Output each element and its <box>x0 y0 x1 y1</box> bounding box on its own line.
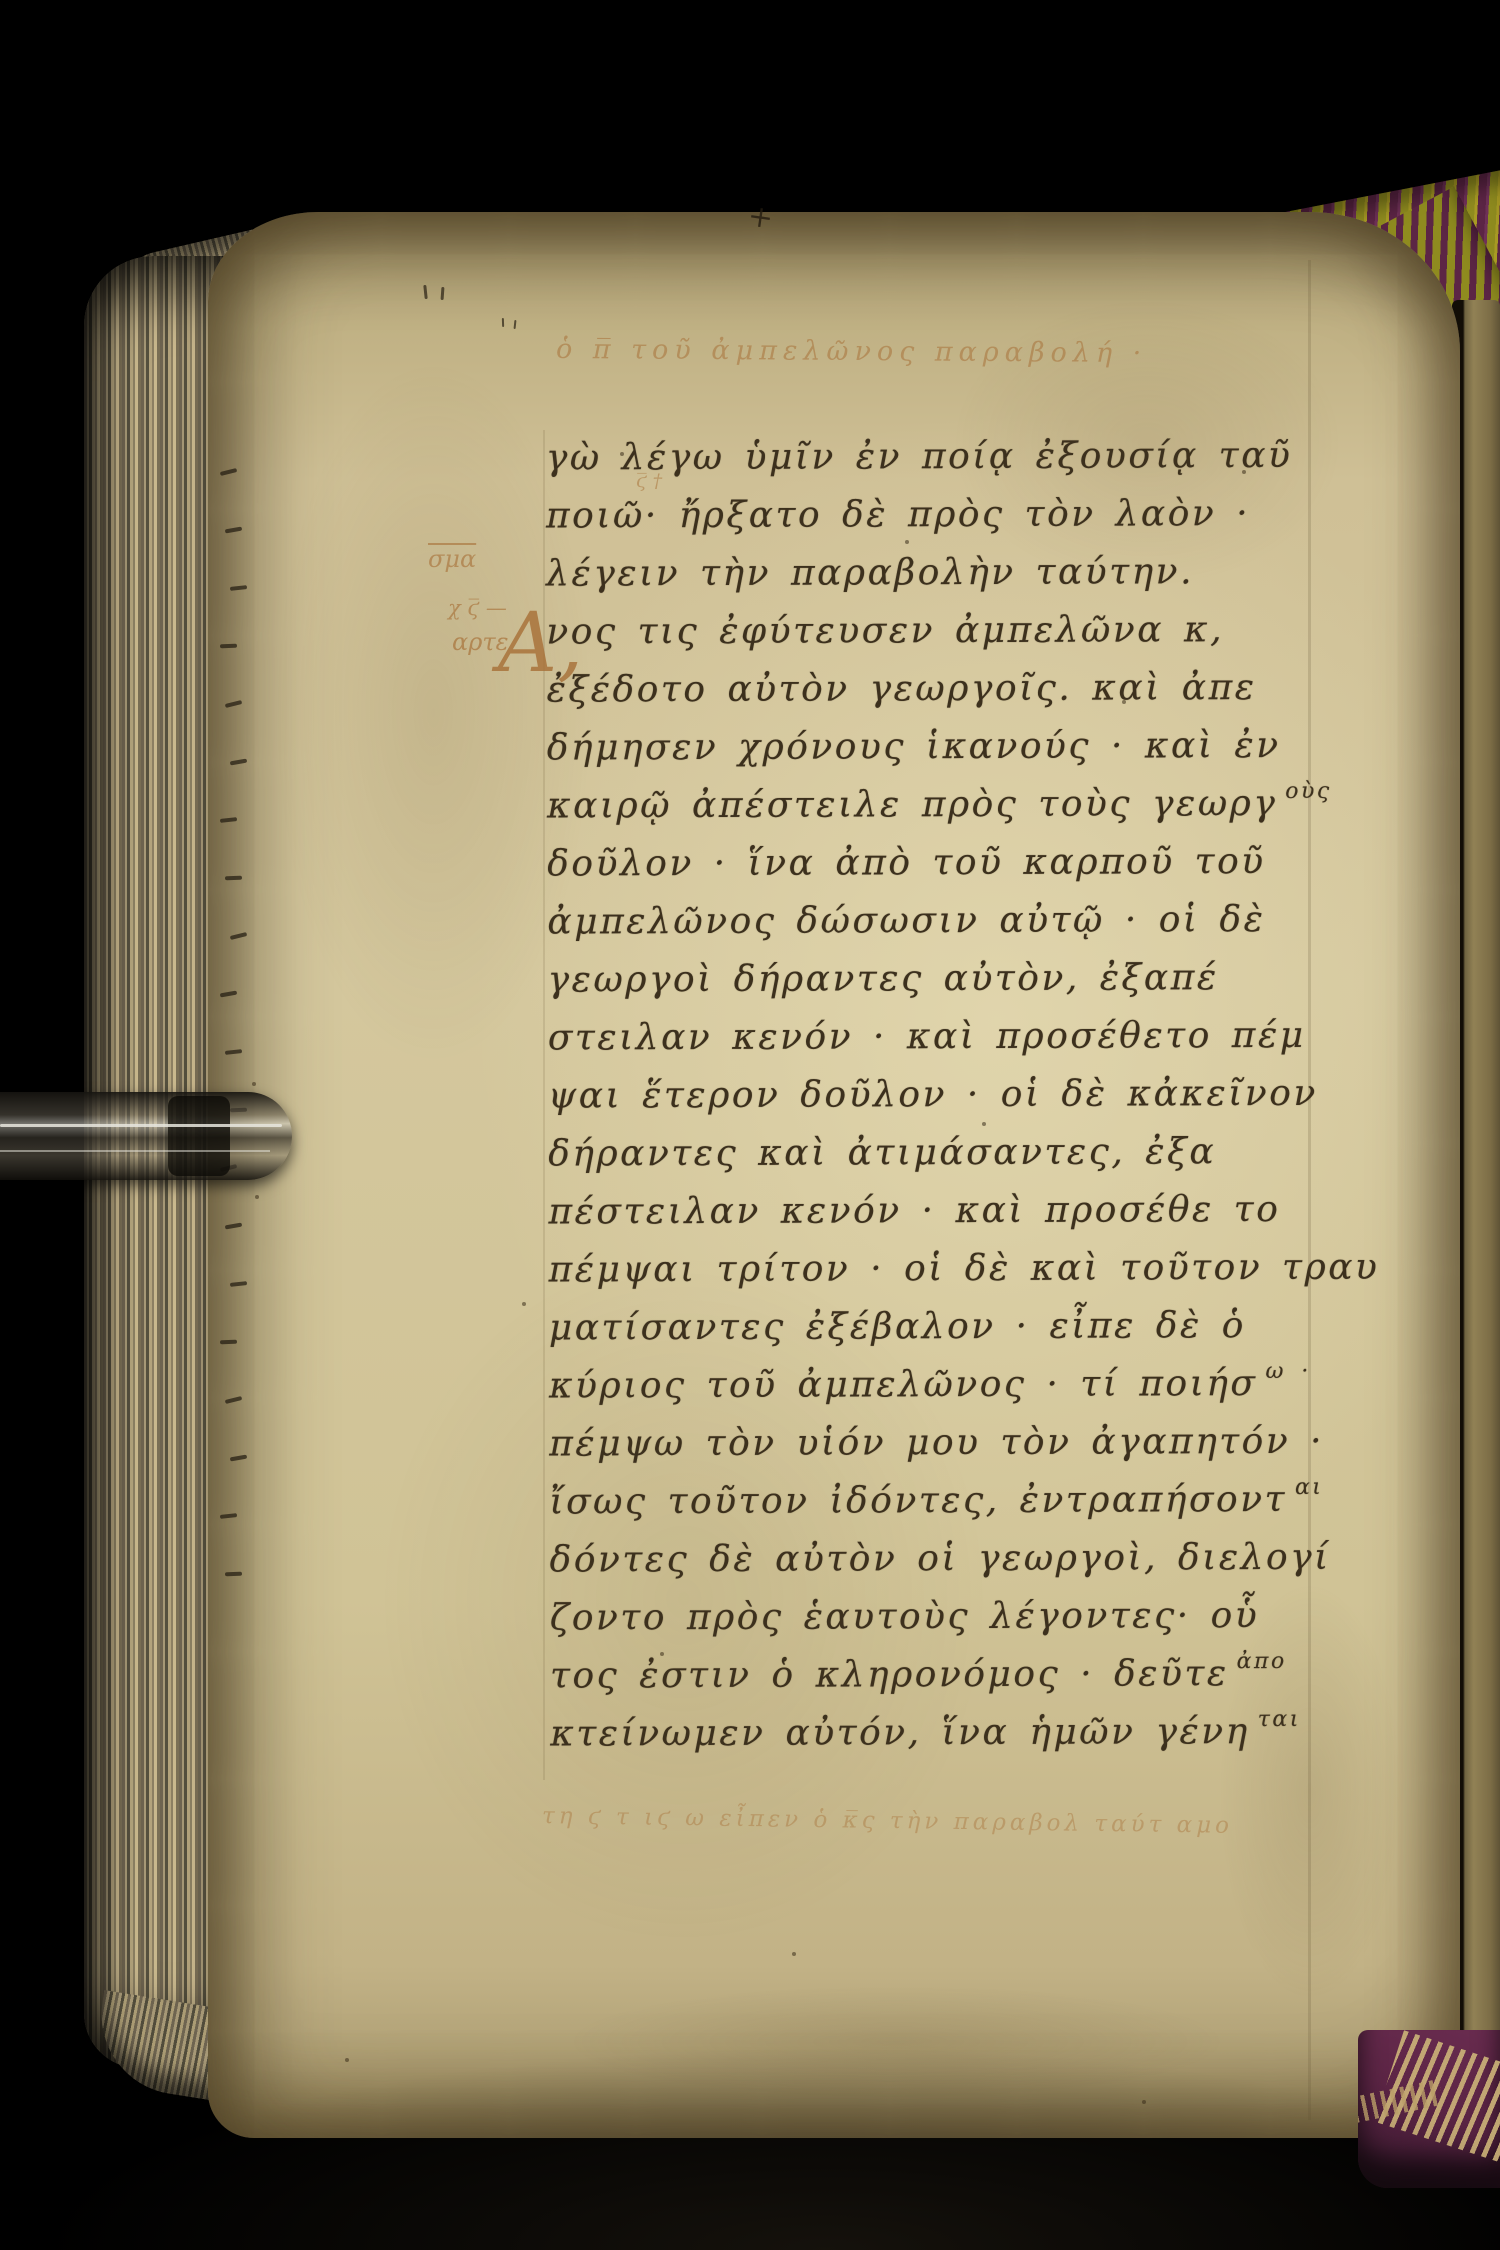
superscript-letters: οὺς <box>1285 779 1332 804</box>
text-line: δήμησεν χρόνους ἱκανούς · καὶ ἐν <box>547 716 1437 777</box>
text-line: ἴσως τοῦτον ἰδόντες, ἐντραπήσονται <box>549 1470 1439 1531</box>
text-line: ποιῶ· ἤρξατο δὲ πρὸς τὸν λαὸν · <box>546 484 1436 545</box>
text-line: τος ἐστιν ὁ κληρονόμος · δεῦτεἀπο <box>550 1644 1440 1705</box>
text-line: ζοντο πρὸς ἑαυτοὺς λέγοντες· οὗ <box>550 1586 1440 1647</box>
text-line: δήραντες καὶ ἀτιμάσαντες, ἐξα <box>548 1122 1438 1183</box>
speck <box>252 1082 256 1086</box>
speck <box>1122 700 1126 704</box>
speck <box>982 1122 986 1126</box>
page-holder-rod <box>0 1092 292 1180</box>
speck <box>255 1195 259 1199</box>
stray-mark <box>502 318 504 327</box>
page-holder-rod-highlight-2 <box>0 1150 270 1152</box>
speck <box>660 1652 664 1656</box>
text-line: ἐξέδοτο αὐτὸν γεωργοῖς. καὶ ἀπε <box>546 658 1436 719</box>
pricking-mark <box>225 1572 242 1577</box>
text-line: καιρῷ ἀπέστειλε πρὸς τοὺς γεωργοὺς <box>547 774 1437 835</box>
page-holder-rod-highlight <box>0 1124 282 1127</box>
margin-note-section-number: σμα <box>428 545 476 573</box>
speck <box>905 540 909 544</box>
text-line: κτείνωμεν αὐτόν, ἵνα ἡμῶν γένηται <box>550 1702 1440 1763</box>
main-text-block: γὼ λέγω ὑμῖν ἐν ποίᾳ ἐξουσίᾳ ταῦποιῶ· ἤρ… <box>546 426 1441 1763</box>
pricking-mark <box>220 1340 237 1345</box>
text-line: πέμψω τὸν υἱόν μου τὸν ἀγαπητόν · <box>549 1412 1439 1473</box>
pricking-mark <box>225 876 242 881</box>
text-line: γεωργοὶ δήραντες αὐτὸν, ἐξαπέ <box>547 948 1437 1009</box>
speck <box>522 1302 526 1306</box>
text-line: νος τις ἐφύτευσεν ἀμπελῶνα κ, <box>546 600 1436 661</box>
pricking-mark <box>220 644 237 649</box>
text-line: στειλαν κενόν · καὶ προσέθετο πέμ <box>548 1006 1438 1067</box>
text-line: ψαι ἕτερον δοῦλον · οἱ δὲ κἀκεῖνον <box>548 1064 1438 1125</box>
photo-backdrop: + ὁ π̅ τοῦ ἀμπελῶνος παραβολή · σμα χ ϛ̅… <box>0 0 1500 2250</box>
text-line: ἀμπελῶνος δώσωσιν αὐτῷ · οἱ δὲ <box>547 890 1437 951</box>
speck <box>620 452 624 456</box>
text-line: πέμψαι τρίτον · οἱ δὲ καὶ τοῦτον τραυ <box>549 1238 1439 1299</box>
text-line: γὼ λέγω ὑμῖν ἐν ποίᾳ ἐξουσίᾳ ταῦ <box>546 426 1436 487</box>
cloth-sheen <box>0 1950 1500 2250</box>
cross-mark: + <box>746 198 776 236</box>
page-holder-rod-shadow-band <box>168 1096 230 1176</box>
text-line: πέστειλαν κενόν · καὶ προσέθε το <box>548 1180 1438 1241</box>
superscript-letters: αι <box>1295 1475 1324 1500</box>
superscript-letters: ω · <box>1265 1359 1311 1384</box>
text-line: κύριος τοῦ ἀμπελῶνος · τί ποιήσω · <box>549 1354 1439 1415</box>
text-line: ματίσαντες ἐξέβαλον · εἶπε δὲ ὁ <box>549 1296 1439 1357</box>
speck <box>1242 470 1246 474</box>
text-line: λέγειν τὴν παραβολὴν ταύτην. <box>546 542 1436 603</box>
superscript-letters: ἀπο <box>1237 1649 1287 1674</box>
text-line: δοῦλον · ἵνα ἀπὸ τοῦ καρποῦ τοῦ <box>547 832 1437 893</box>
superscript-letters: ται <box>1258 1707 1301 1732</box>
running-header: ὁ π̅ τοῦ ἀμπελῶνος παραβολή · <box>556 334 1147 369</box>
text-line: δόντες δὲ αὐτὸν οἱ γεωργοὶ, διελογί <box>550 1528 1440 1589</box>
